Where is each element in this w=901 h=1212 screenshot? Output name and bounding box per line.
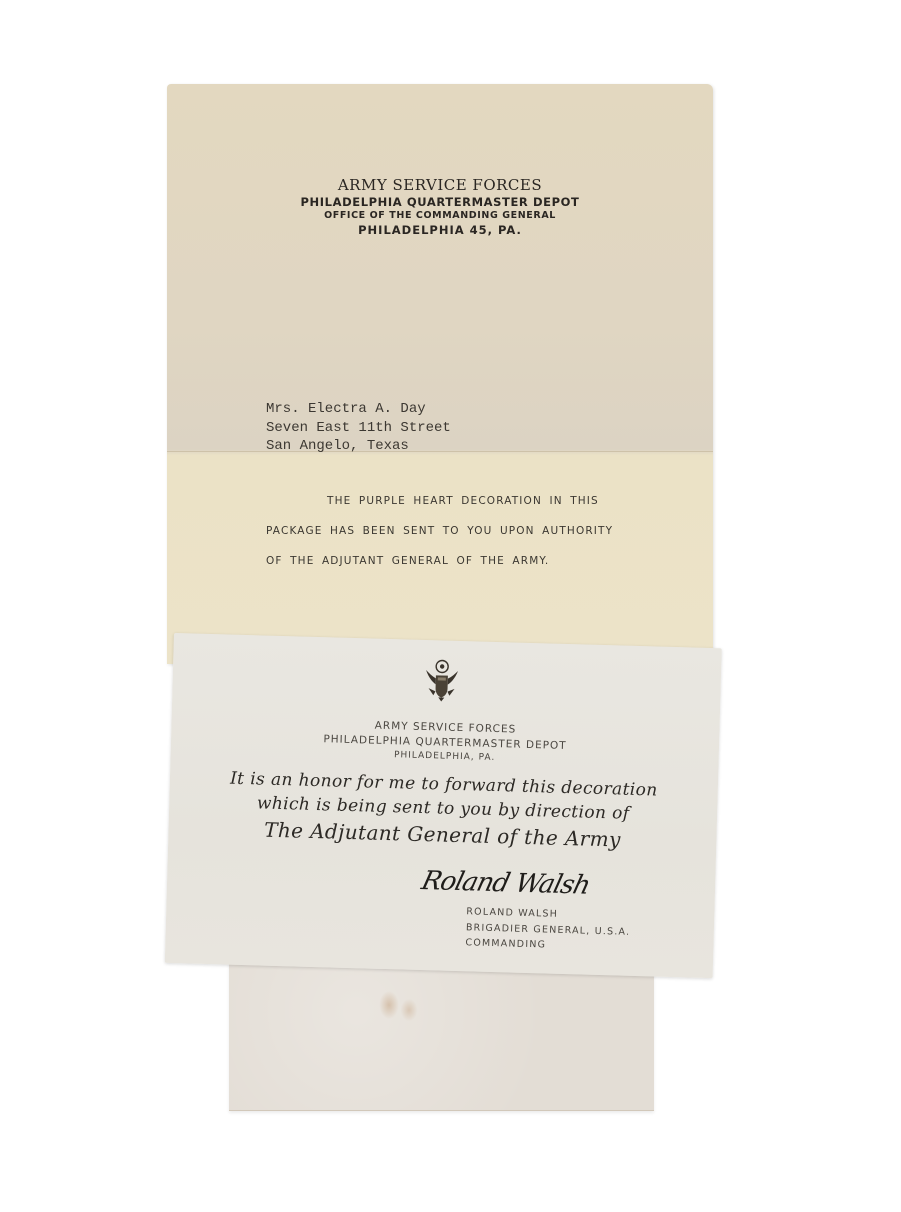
card-message: It is an honor for me to forward this de… bbox=[168, 765, 718, 856]
message-line: PACKAGE HAS BEEN SENT TO YOU UPON AUTHOR… bbox=[266, 522, 626, 552]
card-header: ARMY SERVICE FORCES PHILADELPHIA QUARTER… bbox=[171, 713, 720, 772]
letterhead: ARMY SERVICE FORCES PHILADELPHIA QUARTER… bbox=[167, 176, 713, 237]
letter-message: THE PURPLE HEART DECORATION IN THIS PACK… bbox=[266, 492, 626, 582]
letterhead-city: PHILADELPHIA 45, PA. bbox=[167, 223, 713, 237]
recipient-city: San Angelo, Texas bbox=[266, 437, 451, 456]
message-line: OF THE ADJUTANT GENERAL OF THE ARMY. bbox=[266, 552, 626, 582]
enclosure-card: ARMY SERVICE FORCES PHILADELPHIA QUARTER… bbox=[165, 633, 722, 978]
letterhead-org: ARMY SERVICE FORCES bbox=[167, 176, 713, 195]
great-seal-eagle-icon bbox=[422, 658, 461, 703]
letterhead-office: OFFICE OF THE COMMANDING GENERAL bbox=[167, 210, 713, 222]
message-line: THE PURPLE HEART DECORATION IN THIS bbox=[266, 492, 626, 522]
recipient-address: Mrs. Electra A. Day Seven East 11th Stre… bbox=[266, 400, 451, 456]
recipient-street: Seven East 11th Street bbox=[266, 419, 451, 438]
letterhead-depot: PHILADELPHIA QUARTERMASTER DEPOT bbox=[167, 195, 713, 209]
recipient-name: Mrs. Electra A. Day bbox=[266, 400, 451, 419]
signer-block: ROLAND WALSH BRIGADIER GENERAL, U.S.A. C… bbox=[465, 904, 631, 955]
handwritten-signature: Roland Walsh bbox=[419, 866, 593, 900]
letter-sheet: ARMY SERVICE FORCES PHILADELPHIA QUARTER… bbox=[167, 84, 713, 664]
